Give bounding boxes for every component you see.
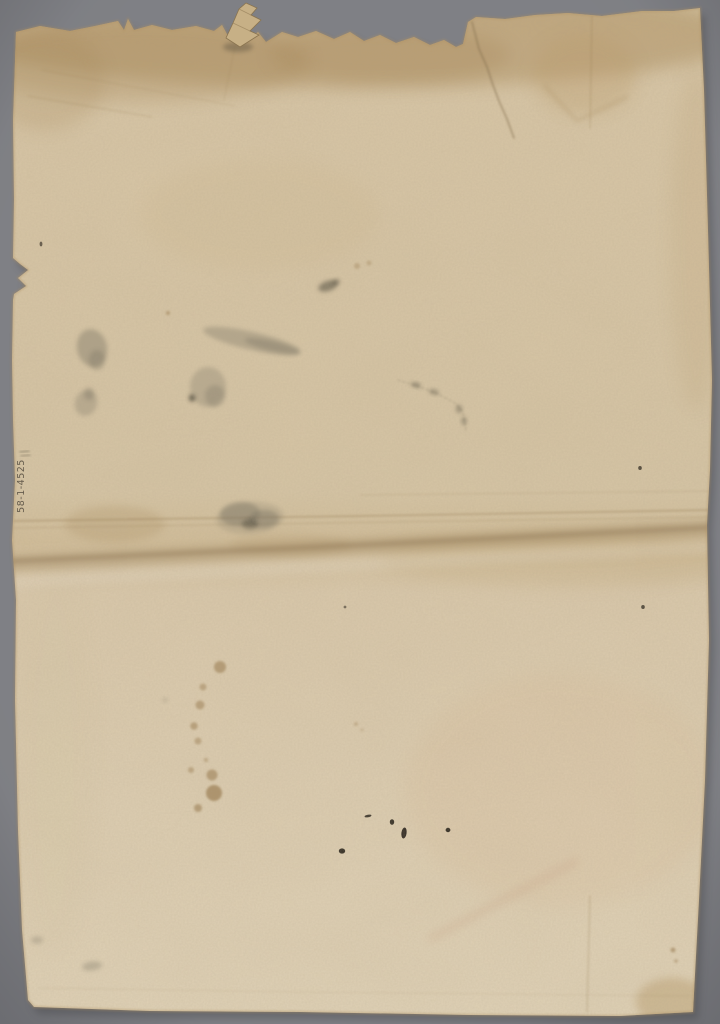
document-scan: 58-1-4525: [0, 0, 720, 1024]
archival-number-inscription: 58-1-4525: [16, 459, 27, 513]
scan-stage: 58-1-4525: [0, 0, 720, 1024]
paper-grain-texture: [12, 8, 712, 1016]
